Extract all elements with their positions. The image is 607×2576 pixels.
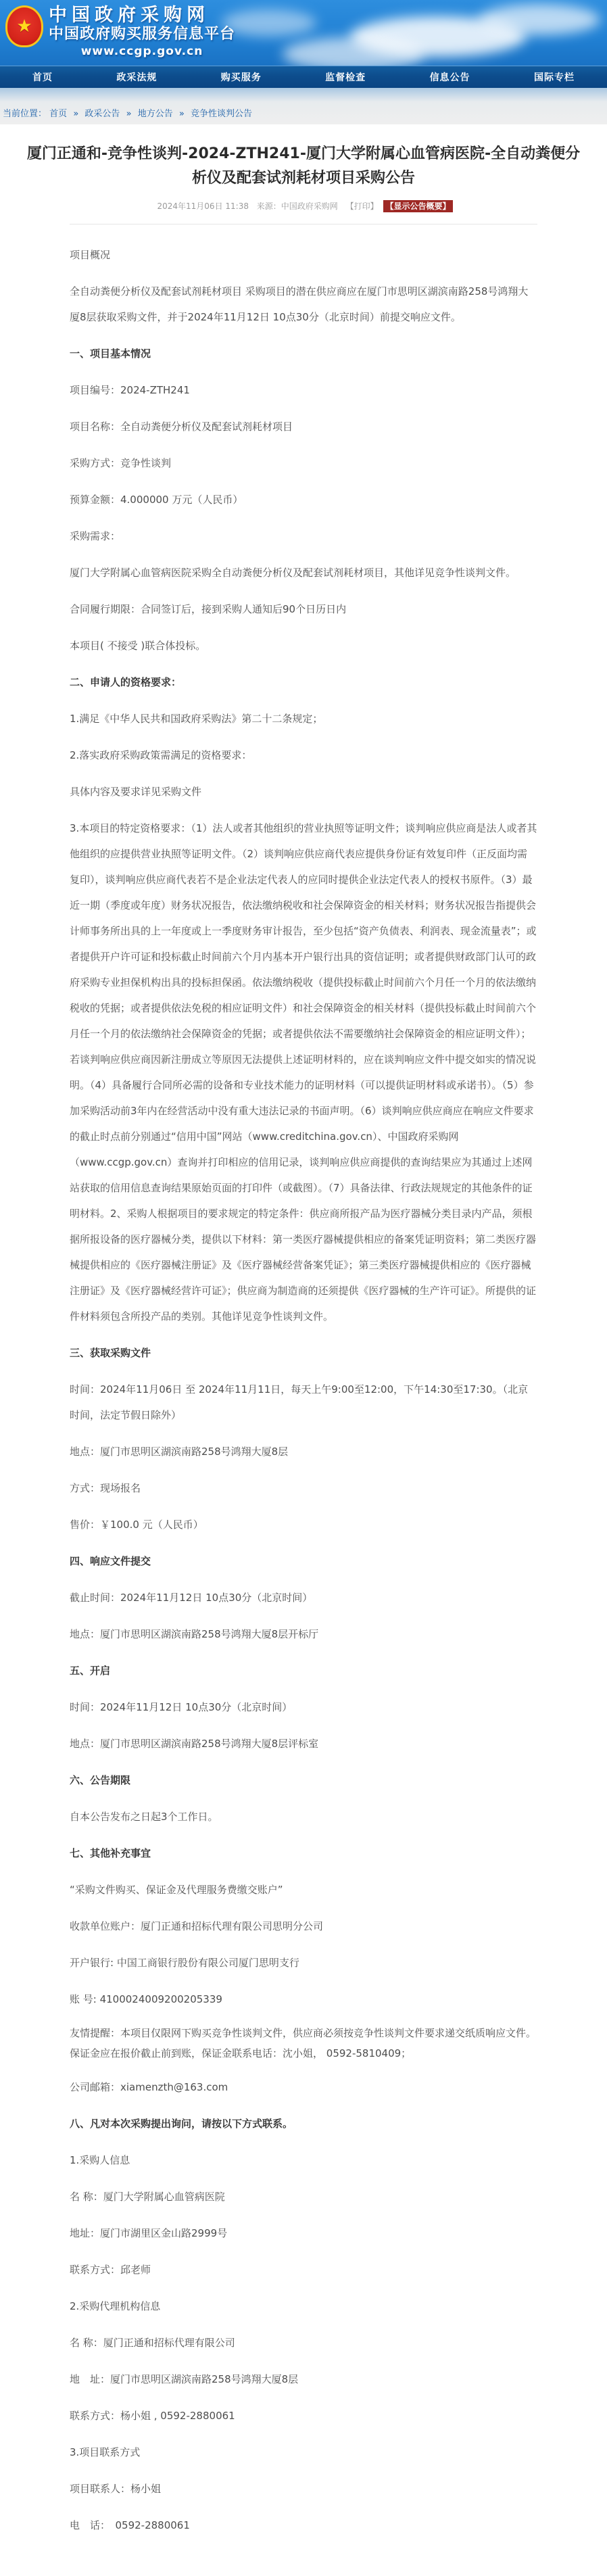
paragraph: 全自动粪便分析仪及配套试剂耗材项目 采购项目的潜在供应商应在厦门市思明区湖滨南路…	[70, 279, 537, 330]
paragraph: 合同履行期限：合同签订后，接到采购人通知后90个日历日内	[70, 596, 537, 622]
section-heading: 三、获取采购文件	[70, 1340, 537, 1366]
paragraph: 1.满足《中华人民共和国政府采购法》第二十二条规定；	[70, 706, 537, 732]
paragraph: 项目联系人：杨小姐	[70, 2476, 537, 2502]
paragraph: 地点：厦门市思明区湖滨南路258号鸿翔大厦8层	[70, 1439, 537, 1464]
section-heading: 五、开启	[70, 1658, 537, 1684]
breadcrumb-competitive-negotiation[interactable]: 竞争性谈判公告	[191, 109, 252, 119]
paragraph: 采购方式：竞争性谈判	[70, 450, 537, 476]
cloud-decoration	[479, 4, 600, 35]
breadcrumb-separator: »	[73, 109, 78, 119]
breadcrumb-separator: »	[126, 109, 132, 119]
paragraph: 开户银行: 中国工商银行股份有限公司厦门思明支行	[70, 1950, 537, 1976]
breadcrumb-procurement-announcements[interactable]: 政采公告	[84, 109, 120, 119]
national-emblem-icon: ★	[5, 5, 43, 47]
breadcrumb-prefix: 当前位置：	[3, 109, 47, 119]
breadcrumb: 当前位置： 首页 » 政采公告 » 地方公告 » 竞争性谈判公告	[3, 106, 252, 119]
paragraph: 项目编号：2024-ZTH241	[70, 377, 537, 403]
paragraph: 方式：现场报名	[70, 1475, 537, 1501]
section-heading: 二、申请人的资格要求：	[70, 669, 537, 695]
cloud-decoration	[283, 37, 424, 66]
star-icon: ★	[16, 18, 32, 35]
nav-item-regulations[interactable]: 政采法规	[116, 70, 157, 84]
paragraph: 电 话： 0592-2880061	[70, 2512, 537, 2538]
article-meta: 2024年11月06日 11:38 来源：中国政府采购网 【打印】 【显示公告概…	[19, 200, 588, 212]
paragraph: 项目概况	[70, 242, 537, 268]
paragraph: 采购需求：	[70, 523, 537, 549]
article-body: 项目概况全自动粪便分析仪及配套试剂耗材项目 采购项目的潜在供应商应在厦门市思明区…	[70, 224, 537, 2538]
paragraph: 自本公告发布之日起3个工作日。	[70, 1804, 537, 1830]
cloud-decoration	[222, 9, 316, 37]
paragraph: 3.项目联系方式	[70, 2439, 537, 2465]
paragraph: 售价：￥100.0 元（人民币）	[70, 1512, 537, 1537]
paragraph: 地点：厦门市思明区湖滨南路258号鸿翔大厦8层开标厅	[70, 1621, 537, 1647]
main-nav: 首页 政采法规 购买服务 监督检查 信息公告 国际专栏	[0, 66, 607, 88]
section-heading: 六、公告期限	[70, 1767, 537, 1793]
paragraph: 具体内容及要求详见采购文件	[70, 779, 537, 805]
print-button[interactable]: 【打印】	[346, 201, 379, 211]
paragraph: 收款单位账户：厦门正通和招标代理有限公司思明分公司	[70, 1913, 537, 1939]
nav-item-purchase-services[interactable]: 购买服务	[221, 70, 262, 84]
paragraph: 项目名称：全自动粪便分析仪及配套试剂耗材项目	[70, 414, 537, 439]
section-heading: 四、响应文件提交	[70, 1548, 537, 1574]
subheader-band: 当前位置： 首页 » 政采公告 » 地方公告 » 竞争性谈判公告	[0, 88, 607, 124]
site-name: 中国政府采购网	[49, 5, 235, 26]
site-tagline: 中国政府购买服务信息平台	[49, 26, 235, 43]
paragraph: 3.本项目的特定资格要求：（1）法人或者其他组织的营业执照等证明文件；谈判响应供…	[70, 815, 537, 1329]
paragraph: 截止时间：2024年11月12日 10点30分（北京时间）	[70, 1585, 537, 1611]
paragraph: 2.采购代理机构信息	[70, 2293, 537, 2319]
breadcrumb-home[interactable]: 首页	[49, 109, 67, 119]
publish-datetime: 2024年11月06日 11:38	[157, 201, 248, 211]
paragraph: “采购文件购买、保证金及代理服务费缴交账户”	[70, 1877, 537, 1903]
paragraph: 时间：2024年11月06日 至 2024年11月11日，每天上午9:00至12…	[70, 1377, 537, 1428]
nav-item-international[interactable]: 国际专栏	[534, 70, 575, 84]
paragraph: 联系方式：邱老师	[70, 2257, 537, 2283]
section-heading: 七、其他补充事宜	[70, 1840, 537, 1866]
paragraph: 联系方式：杨小姐 , 0592-2880061	[70, 2403, 537, 2429]
section-heading: 一、项目基本情况	[70, 341, 537, 366]
paragraph: 预算金额：4.000000 万元（人民币）	[70, 487, 537, 512]
paragraph: 地址：厦门市湖里区金山路2999号	[70, 2220, 537, 2246]
breadcrumb-separator: »	[179, 109, 185, 119]
page-title: 厦门正通和-竞争性谈判-2024-ZTH241-厦门大学附属心血管病医院-全自动…	[26, 142, 581, 191]
announcement-article: 厦门正通和-竞争性谈判-2024-ZTH241-厦门大学附属心血管病医院-全自动…	[0, 124, 607, 2576]
site-brand: 中国政府采购网 中国政府购买服务信息平台 www.ccgp.gov.cn	[49, 5, 235, 59]
show-summary-button[interactable]: 【显示公告概要】	[383, 200, 452, 212]
paragraph: 时间：2024年11月12日 10点30分（北京时间）	[70, 1694, 537, 1720]
paragraph: 地点：厦门市思明区湖滨南路258号鸿翔大厦8层评标室	[70, 1731, 537, 1757]
nav-item-home[interactable]: 首页	[32, 70, 53, 84]
paragraph: 名 称：厦门大学附属心血管病医院	[70, 2184, 537, 2210]
site-url: www.ccgp.gov.cn	[49, 43, 235, 59]
section-heading: 八、凡对本次采购提出询问，请按以下方式联系。	[70, 2111, 537, 2137]
paragraph: 1.采购人信息	[70, 2147, 537, 2173]
nav-item-supervision[interactable]: 监督检查	[325, 70, 366, 84]
article-source: 来源：中国政府采购网	[257, 201, 338, 211]
paragraph: 账 号: 4100024009200205339	[70, 1986, 537, 2012]
paragraph: 厦门大学附属心血管病医院采购全自动粪便分析仪及配套试剂耗材项目，其他详见竞争性谈…	[70, 560, 537, 586]
site-header: ★ 中国政府采购网 中国政府购买服务信息平台 www.ccgp.gov.cn	[0, 0, 607, 66]
breadcrumb-local-announcements[interactable]: 地方公告	[138, 109, 173, 119]
paragraph: 本项目( 不接受 )联合体投标。	[70, 633, 537, 659]
paragraph: 友情提醒：本项目仅限网下购买竞争性谈判文件，供应商必须按竞争性谈判文件要求递交纸…	[70, 2023, 537, 2064]
paragraph: 2.落实政府采购政策需满足的资格要求：	[70, 742, 537, 768]
paragraph: 名 称：厦门正通和招标代理有限公司	[70, 2330, 537, 2356]
nav-item-announcements[interactable]: 信息公告	[430, 70, 470, 84]
paragraph: 地 址：厦门市思明区湖滨南路258号鸿翔大厦8层	[70, 2366, 537, 2392]
paragraph: 公司邮箱：xiamenzth@163.com	[70, 2074, 537, 2100]
